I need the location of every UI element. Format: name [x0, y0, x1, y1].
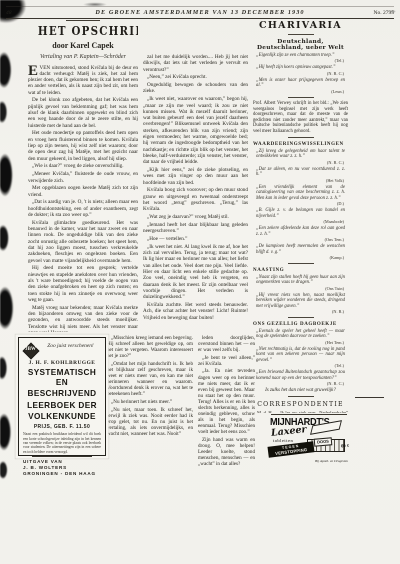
laxeer-script-text: Laxeer [271, 424, 308, 439]
story-paragraph: Het oude moedertje op pantoffels deed he… [28, 130, 138, 161]
ad-description: Naast een praktisch bruikbaar inleidend … [23, 432, 101, 453]
title-rule [66, 20, 100, 21]
charivaria-para: Prof. Albert Verwey schrijft in het bld.… [253, 101, 348, 134]
story-paragraph: Kvíčala glimlachte goedkeurend. Het was … [28, 220, 138, 264]
ad-rule [32, 456, 92, 457]
article-column-bottom-right: leden doorglijden, overstond binnen het … [198, 335, 255, 472]
masthead-rule-bottom [6, 18, 394, 19]
charivaria-quote: „Hij heeft zijn koers opnieuw aangepast.… [253, 65, 348, 76]
charivaria-column: CHARIVARIA Deutschland, Deutschland, ueb… [253, 20, 348, 413]
charivaria-quote: „Naast zijn stallen hoeft hij geen huur … [253, 275, 348, 291]
charivaria-quote: „Een vriendelijk element van de catalogi… [253, 185, 348, 207]
story-paragraph: „Hoe — vertellen.” [143, 236, 248, 242]
ad-title-line1: SYSTEMATISCH EN [23, 368, 101, 387]
charivaria-title: CHARIVARIA [253, 20, 348, 31]
story-paragraph: „Omdat het mijn handschrift is. Ik heb h… [107, 361, 193, 398]
ad-price: PRIJS, GEB. F. 11.50 [23, 424, 101, 430]
mijnhardt-laxeer-ad: MIJNHARDT'S Laxeer tabletten DOOS 60 c T… [270, 417, 348, 463]
charivaria-quote: „De kampioen heeft meermalen de wenschen… [253, 244, 348, 260]
story-paragraph: Met opgeblazen oogen keerde Matěj zich t… [28, 185, 138, 198]
story-paragraph: „Wat zeg je daarvan?” vroeg Matěj stil. [143, 214, 248, 220]
story-paragraph: „Ik weet niet, waarover en waarom,” bego… [143, 96, 248, 165]
charivaria-subhead: Deutschland, Deutschland, ueber Welt [253, 39, 348, 51]
story-paragraph: De bel klonk zoo afgebeten, dat het Kvíč… [28, 97, 138, 128]
charivaria-quote: „B. Gijle z. v. de belangen van handel e… [253, 208, 348, 224]
tabletten-text: tabletten [273, 438, 293, 443]
box-label: DOOS [314, 437, 333, 447]
charivaria-note: Is zulks het dan niet wat gruwelijk? [253, 388, 348, 393]
charivaria-rule [288, 263, 314, 264]
charivaria-rule [288, 137, 314, 138]
story-paragraph: „Meneer Kvíčala,” fluisterde de oude vro… [28, 171, 138, 184]
story-paragraph: Ongeduldig bewogen de schouders van den … [143, 82, 248, 95]
story-paragraph: „Misschien kreeg iemand een begeving. Hi… [107, 335, 193, 359]
ad-separator-rule [271, 414, 347, 415]
ad-header: JBW Zoo juist verschenen! [23, 341, 101, 358]
article-column-bottom-left: „Misschien kreeg iemand een begeving. Hi… [107, 335, 193, 474]
margin-rule [355, 397, 384, 398]
charivaria-items: Deutschland, Deutschland, ueber Welt„Eig… [253, 34, 348, 413]
story-text-col1: EVEN uitstootend, stond Kvíčala bij de d… [28, 65, 138, 333]
masthead-rule-top [6, 6, 394, 7]
charivaria-quote: „Men is onzer haar prijsgegeven beroep e… [253, 78, 348, 94]
charivaria-rule [288, 97, 314, 98]
verstopping-banner: TEGEN VERSTOPPING [268, 441, 315, 458]
masthead: 48 DE GROENE AMSTERDAMMER VAN 13 DECEMBE… [6, 8, 394, 17]
charivaria-quote: „Evenals de speler het geheel heeft — ma… [253, 329, 348, 345]
ad-title-line4: VOLKENKUNDE [23, 412, 101, 422]
charivaria-quote: „Een zekere afdeelende kan deze rol aan … [253, 226, 348, 242]
charivaria-rule [288, 317, 314, 318]
story-paragraph: Kvíčala zuchtte. Het werd steeds benauwd… [143, 302, 248, 321]
ad-caption: Bij Apoth. en Drogisten [315, 459, 348, 463]
story-paragraph: „Wie is daar?” vroeg de zieke onverschil… [28, 163, 138, 169]
story-paragraph: leden doorglijden, overstond binnen het … [198, 335, 255, 353]
charivaria-head: ONS GEZELLIG DAGBOEKJE [253, 322, 348, 327]
article-byline: door Karel Capek [28, 41, 138, 50]
story-paragraph: „Nu herinnert het niets meer.” [107, 399, 193, 405]
publisher-diamond-logo-icon: JBW [23, 343, 38, 358]
charivaria-corr: CORRESPONDENTIE [253, 401, 348, 408]
story-paragraph: EVEN uitstootend, stond Kvíčala bij de d… [28, 65, 138, 96]
ad-title-line2: BESCHRIJVEND [23, 389, 101, 399]
charivaria-quote: „Hij vreest niets van hen, naast moeilij… [253, 293, 348, 315]
article-column-1: HET OPSCHRIFT door Karel Capek Vertaling… [28, 20, 138, 332]
charivaria-quote: „Zij kreeg de gelegenheid om haar talent… [253, 149, 348, 165]
just-published-note: Zoo juist verschenen! [40, 341, 101, 349]
charivaria-rule [288, 396, 314, 397]
story-paragraph: Kvíčala boog zich voorover; op den muur … [143, 187, 248, 212]
charivaria-quote: „Dat ze alleen, en nu voor voortdurend z… [253, 167, 348, 183]
story-paragraph: „Je bent te veel alleen,” zei Kvíčala. [198, 355, 255, 367]
story-paragraph: zal het me duidelijk worden.... Heb jij … [143, 54, 248, 73]
article-title: HET OPSCHRIFT [38, 24, 128, 38]
charivaria-rule [288, 34, 314, 35]
story-paragraph: Zijn hand was warm en droog. O, mee help… [198, 437, 255, 467]
story-paragraph: „Ik weet het niet. Al lang kwel ik me af… [143, 244, 248, 301]
ad-title-line3: LEERBOEK DER [23, 401, 101, 411]
charivaria-quote: „Niet rechtmatig is, dat de rooiing nog … [253, 347, 348, 369]
story-paragraph: „Iemand heeft het daar blijkbaar lang ge… [143, 222, 248, 235]
article-column-2: zal het me duidelijk worden.... Heb jij … [143, 54, 248, 331]
kohlbrugge-book-ad: JBW Zoo juist verschenen! J. H. F. KOHLB… [18, 337, 106, 456]
story-paragraph: „Nu niet, maar toen. Ik schreef het, ter… [107, 407, 193, 437]
story-paragraph: „Kijk hier eens,” zei de zieke plotselin… [143, 167, 248, 186]
story-paragraph: Hij deed moeite tot een gesprek; verteld… [28, 265, 138, 303]
issue-number: No. 2795 [354, 10, 394, 16]
story-paragraph: „Dat is aardig van je. O, 't is niets; a… [28, 199, 138, 218]
publisher-line3: GRONINGEN - DEN HAAG [23, 471, 101, 477]
charivaria-quote: „Eigenlijk zijn ze een charmanten troep.… [253, 53, 348, 64]
charivaria-quote: „Een briesend Buitenlandsch gezantschap … [253, 370, 348, 386]
newspaper-page: 48 DE GROENE AMSTERDAMMER VAN 13 DECEMBE… [0, 0, 400, 564]
box-price: 60 c [341, 442, 350, 448]
charivaria-head: WAARDEERINGSWISSELINGEN [253, 142, 348, 147]
story-paragraph: „Ja. En niet tevreden dagen weer op en h… [198, 368, 255, 435]
logo-monogram: JBW [23, 347, 38, 352]
article-translator: Vertaling van P. Kaptein—Schröder [28, 54, 138, 60]
charivaria-body: M. d. H. — Ik las uw stuk over „Nederlan… [253, 410, 348, 414]
story-paragraph: Matěj vroeg naar bekenden; maar Kvíčala … [28, 305, 138, 332]
ad-author: J. H. F. KOHLBRUGGE [23, 360, 101, 366]
masthead-title: DE GROENE AMSTERDAMMER VAN 13 DECEMBER 1… [46, 9, 354, 16]
story-paragraph: „Neen,” zei Kvíčala oprecht. [143, 74, 248, 80]
charivaria-head: NAASTING [253, 268, 348, 273]
page-number: 48 [6, 10, 46, 16]
